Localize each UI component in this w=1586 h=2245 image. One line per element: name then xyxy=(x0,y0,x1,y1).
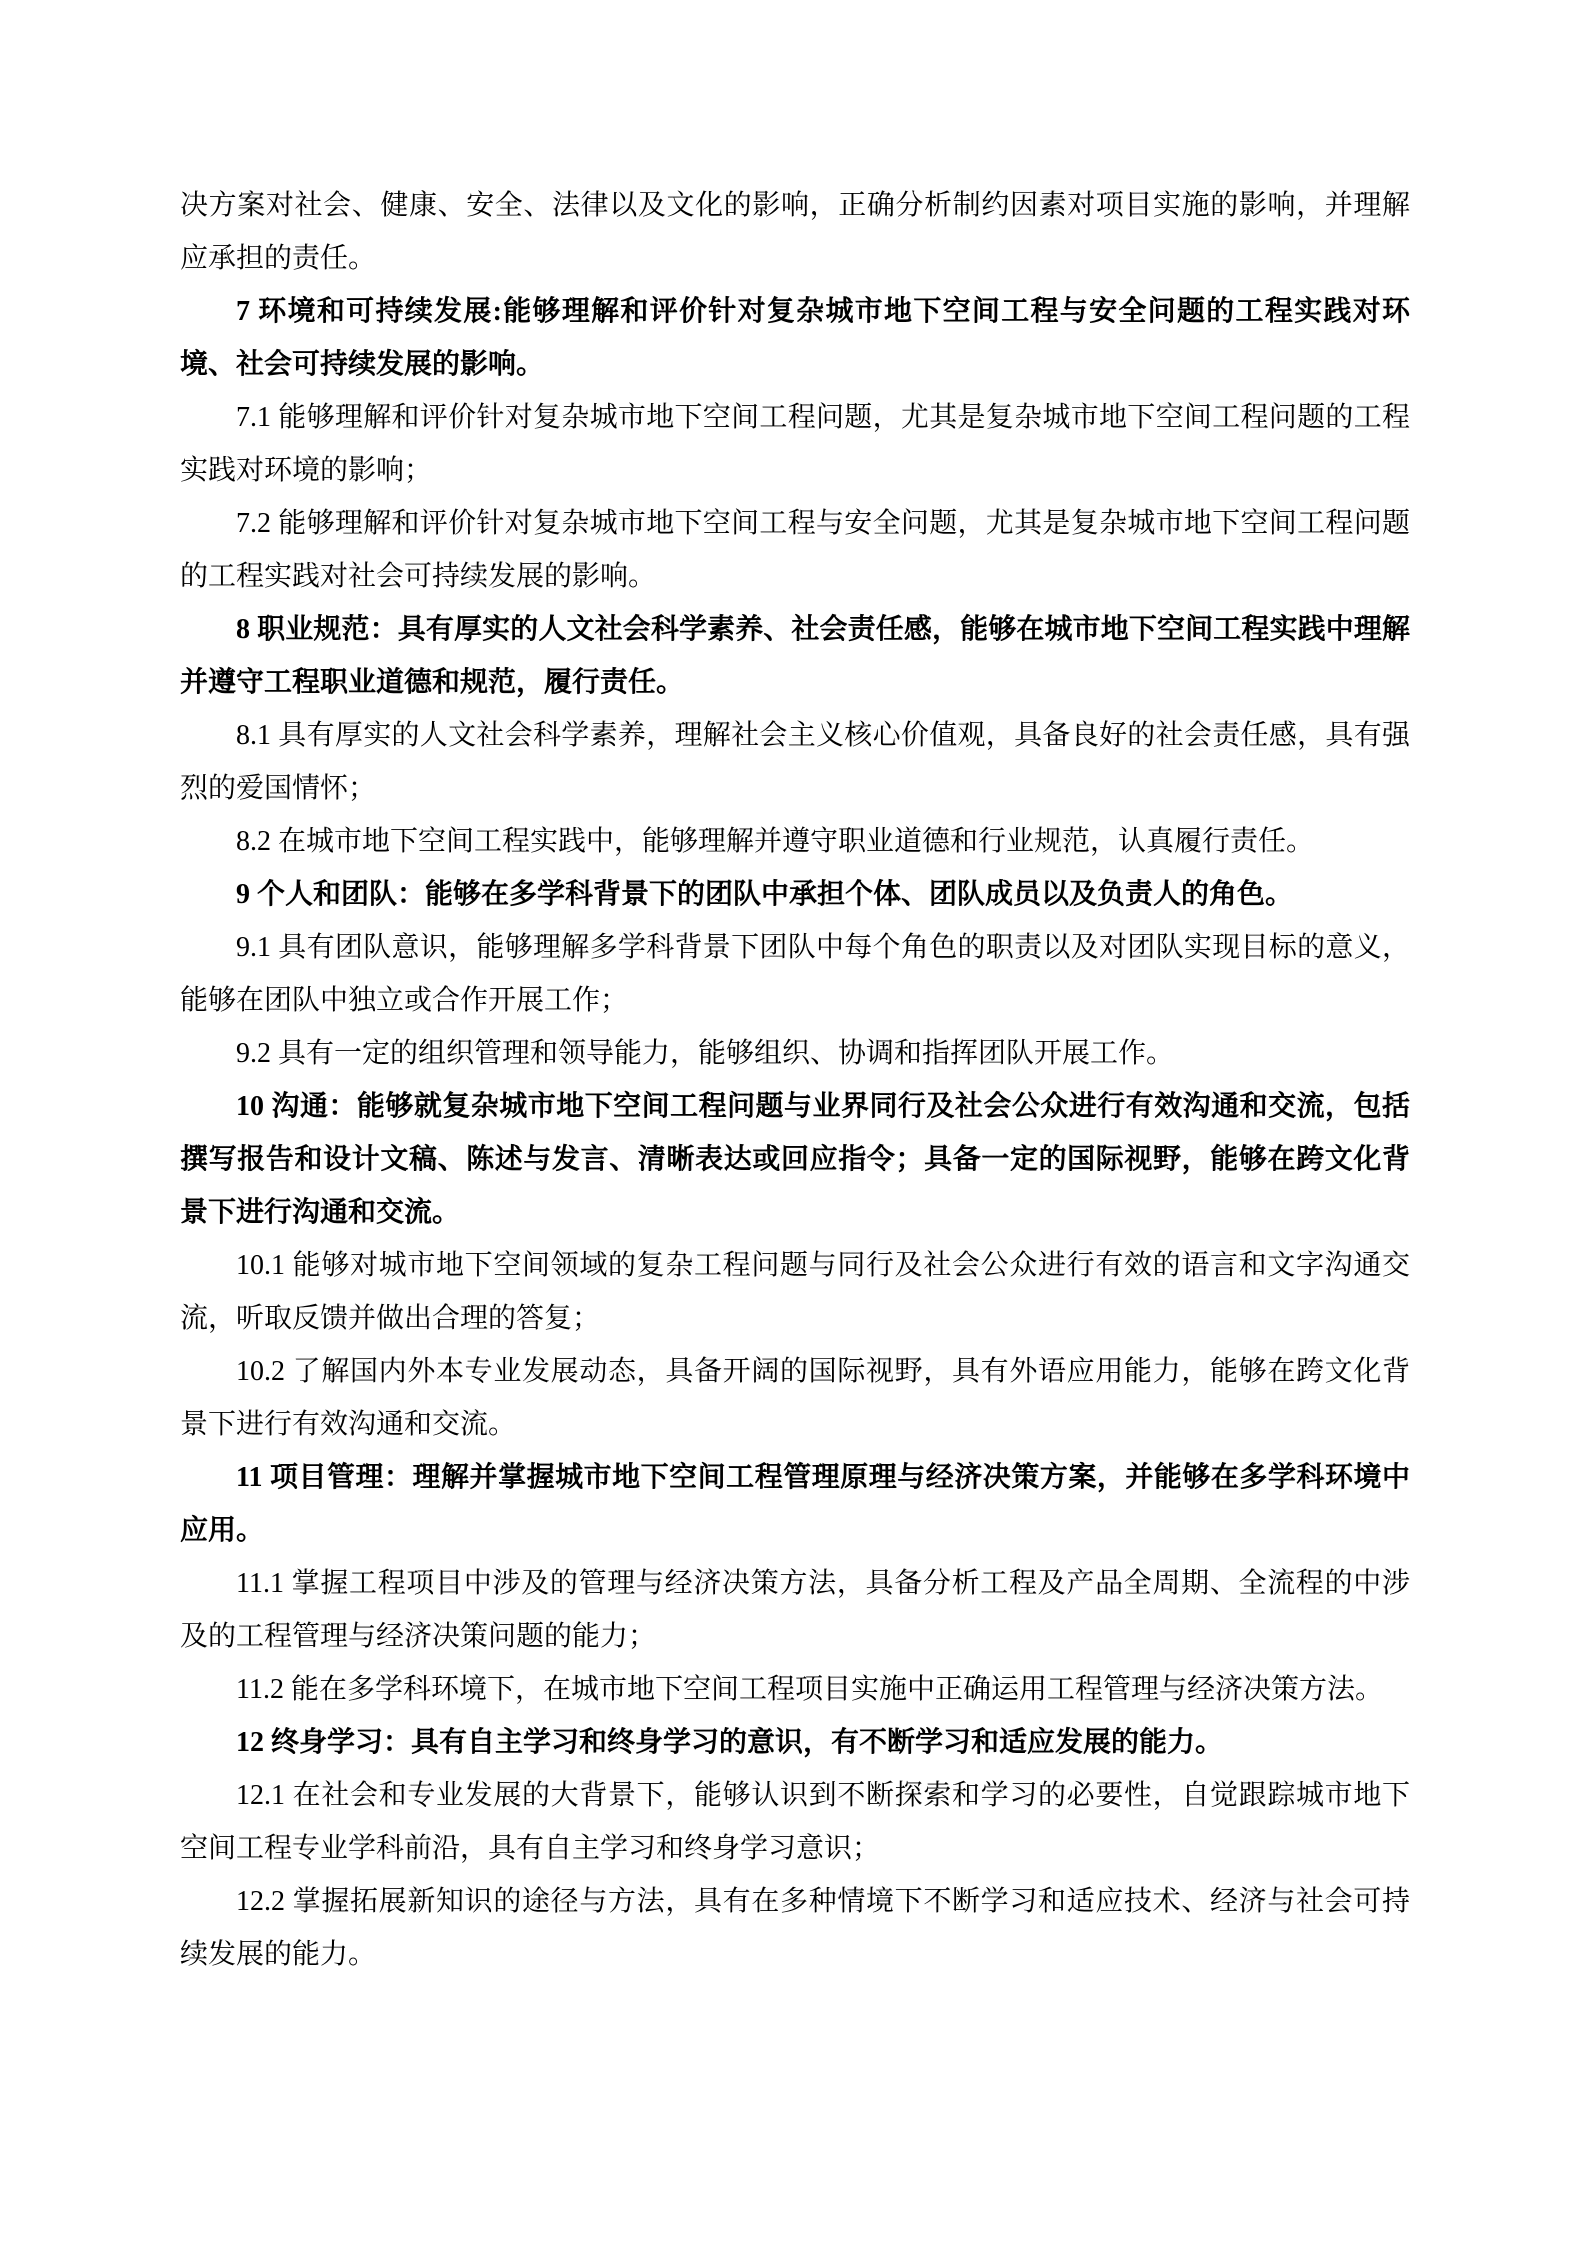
text-block: 决方案对社会、健康、安全、法律以及文化的影响，正确分析制约因素对项目实施的影响，… xyxy=(180,179,1410,1981)
item-10-1: 10.1 能够对城市地下空间领域的复杂工程问题与同行及社会公众进行有效的语言和文… xyxy=(180,1239,1410,1345)
paragraph-continuation: 决方案对社会、健康、安全、法律以及文化的影响，正确分析制约因素对项目实施的影响，… xyxy=(180,179,1410,285)
section-12-heading: 12 终身学习：具有自主学习和终身学习的意识，有不断学习和适应发展的能力。 xyxy=(180,1716,1410,1769)
item-8-2: 8.2 在城市地下空间工程实践中，能够理解并遵守职业道德和行业规范，认真履行责任… xyxy=(180,815,1410,868)
section-10-heading: 10 沟通：能够就复杂城市地下空间工程问题与业界同行及社会公众进行有效沟通和交流… xyxy=(180,1080,1410,1239)
item-9-1: 9.1 具有团队意识，能够理解多学科背景下团队中每个角色的职责以及对团队实现目标… xyxy=(180,921,1410,1027)
section-7-heading: 7 环境和可持续发展:能够理解和评价针对复杂城市地下空间工程与安全问题的工程实践… xyxy=(180,285,1410,391)
item-8-1: 8.1 具有厚实的人文社会科学素养，理解社会主义核心价值观，具备良好的社会责任感… xyxy=(180,709,1410,815)
item-7-2: 7.2 能够理解和评价针对复杂城市地下空间工程与安全问题，尤其是复杂城市地下空间… xyxy=(180,497,1410,603)
document-page: 决方案对社会、健康、安全、法律以及文化的影响，正确分析制约因素对项目实施的影响，… xyxy=(0,0,1586,2245)
section-11-heading: 11 项目管理：理解并掌握城市地下空间工程管理原理与经济决策方案，并能够在多学科… xyxy=(180,1451,1410,1557)
item-9-2: 9.2 具有一定的组织管理和领导能力，能够组织、协调和指挥团队开展工作。 xyxy=(180,1027,1410,1080)
item-12-2: 12.2 掌握拓展新知识的途径与方法，具有在多种情境下不断学习和适应技术、经济与… xyxy=(180,1875,1410,1981)
item-12-1: 12.1 在社会和专业发展的大背景下，能够认识到不断探索和学习的必要性，自觉跟踪… xyxy=(180,1769,1410,1875)
section-8-heading: 8 职业规范：具有厚实的人文社会科学素养、社会责任感，能够在城市地下空间工程实践… xyxy=(180,603,1410,709)
item-11-2: 11.2 能在多学科环境下，在城市地下空间工程项目实施中正确运用工程管理与经济决… xyxy=(180,1663,1410,1716)
item-10-2: 10.2 了解国内外本专业发展动态，具备开阔的国际视野，具有外语应用能力，能够在… xyxy=(180,1345,1410,1451)
item-11-1: 11.1 掌握工程项目中涉及的管理与经济决策方法，具备分析工程及产品全周期、全流… xyxy=(180,1557,1410,1663)
item-7-1: 7.1 能够理解和评价针对复杂城市地下空间工程问题，尤其是复杂城市地下空间工程问… xyxy=(180,391,1410,497)
section-9-heading: 9 个人和团队：能够在多学科背景下的团队中承担个体、团队成员以及负责人的角色。 xyxy=(180,868,1410,921)
